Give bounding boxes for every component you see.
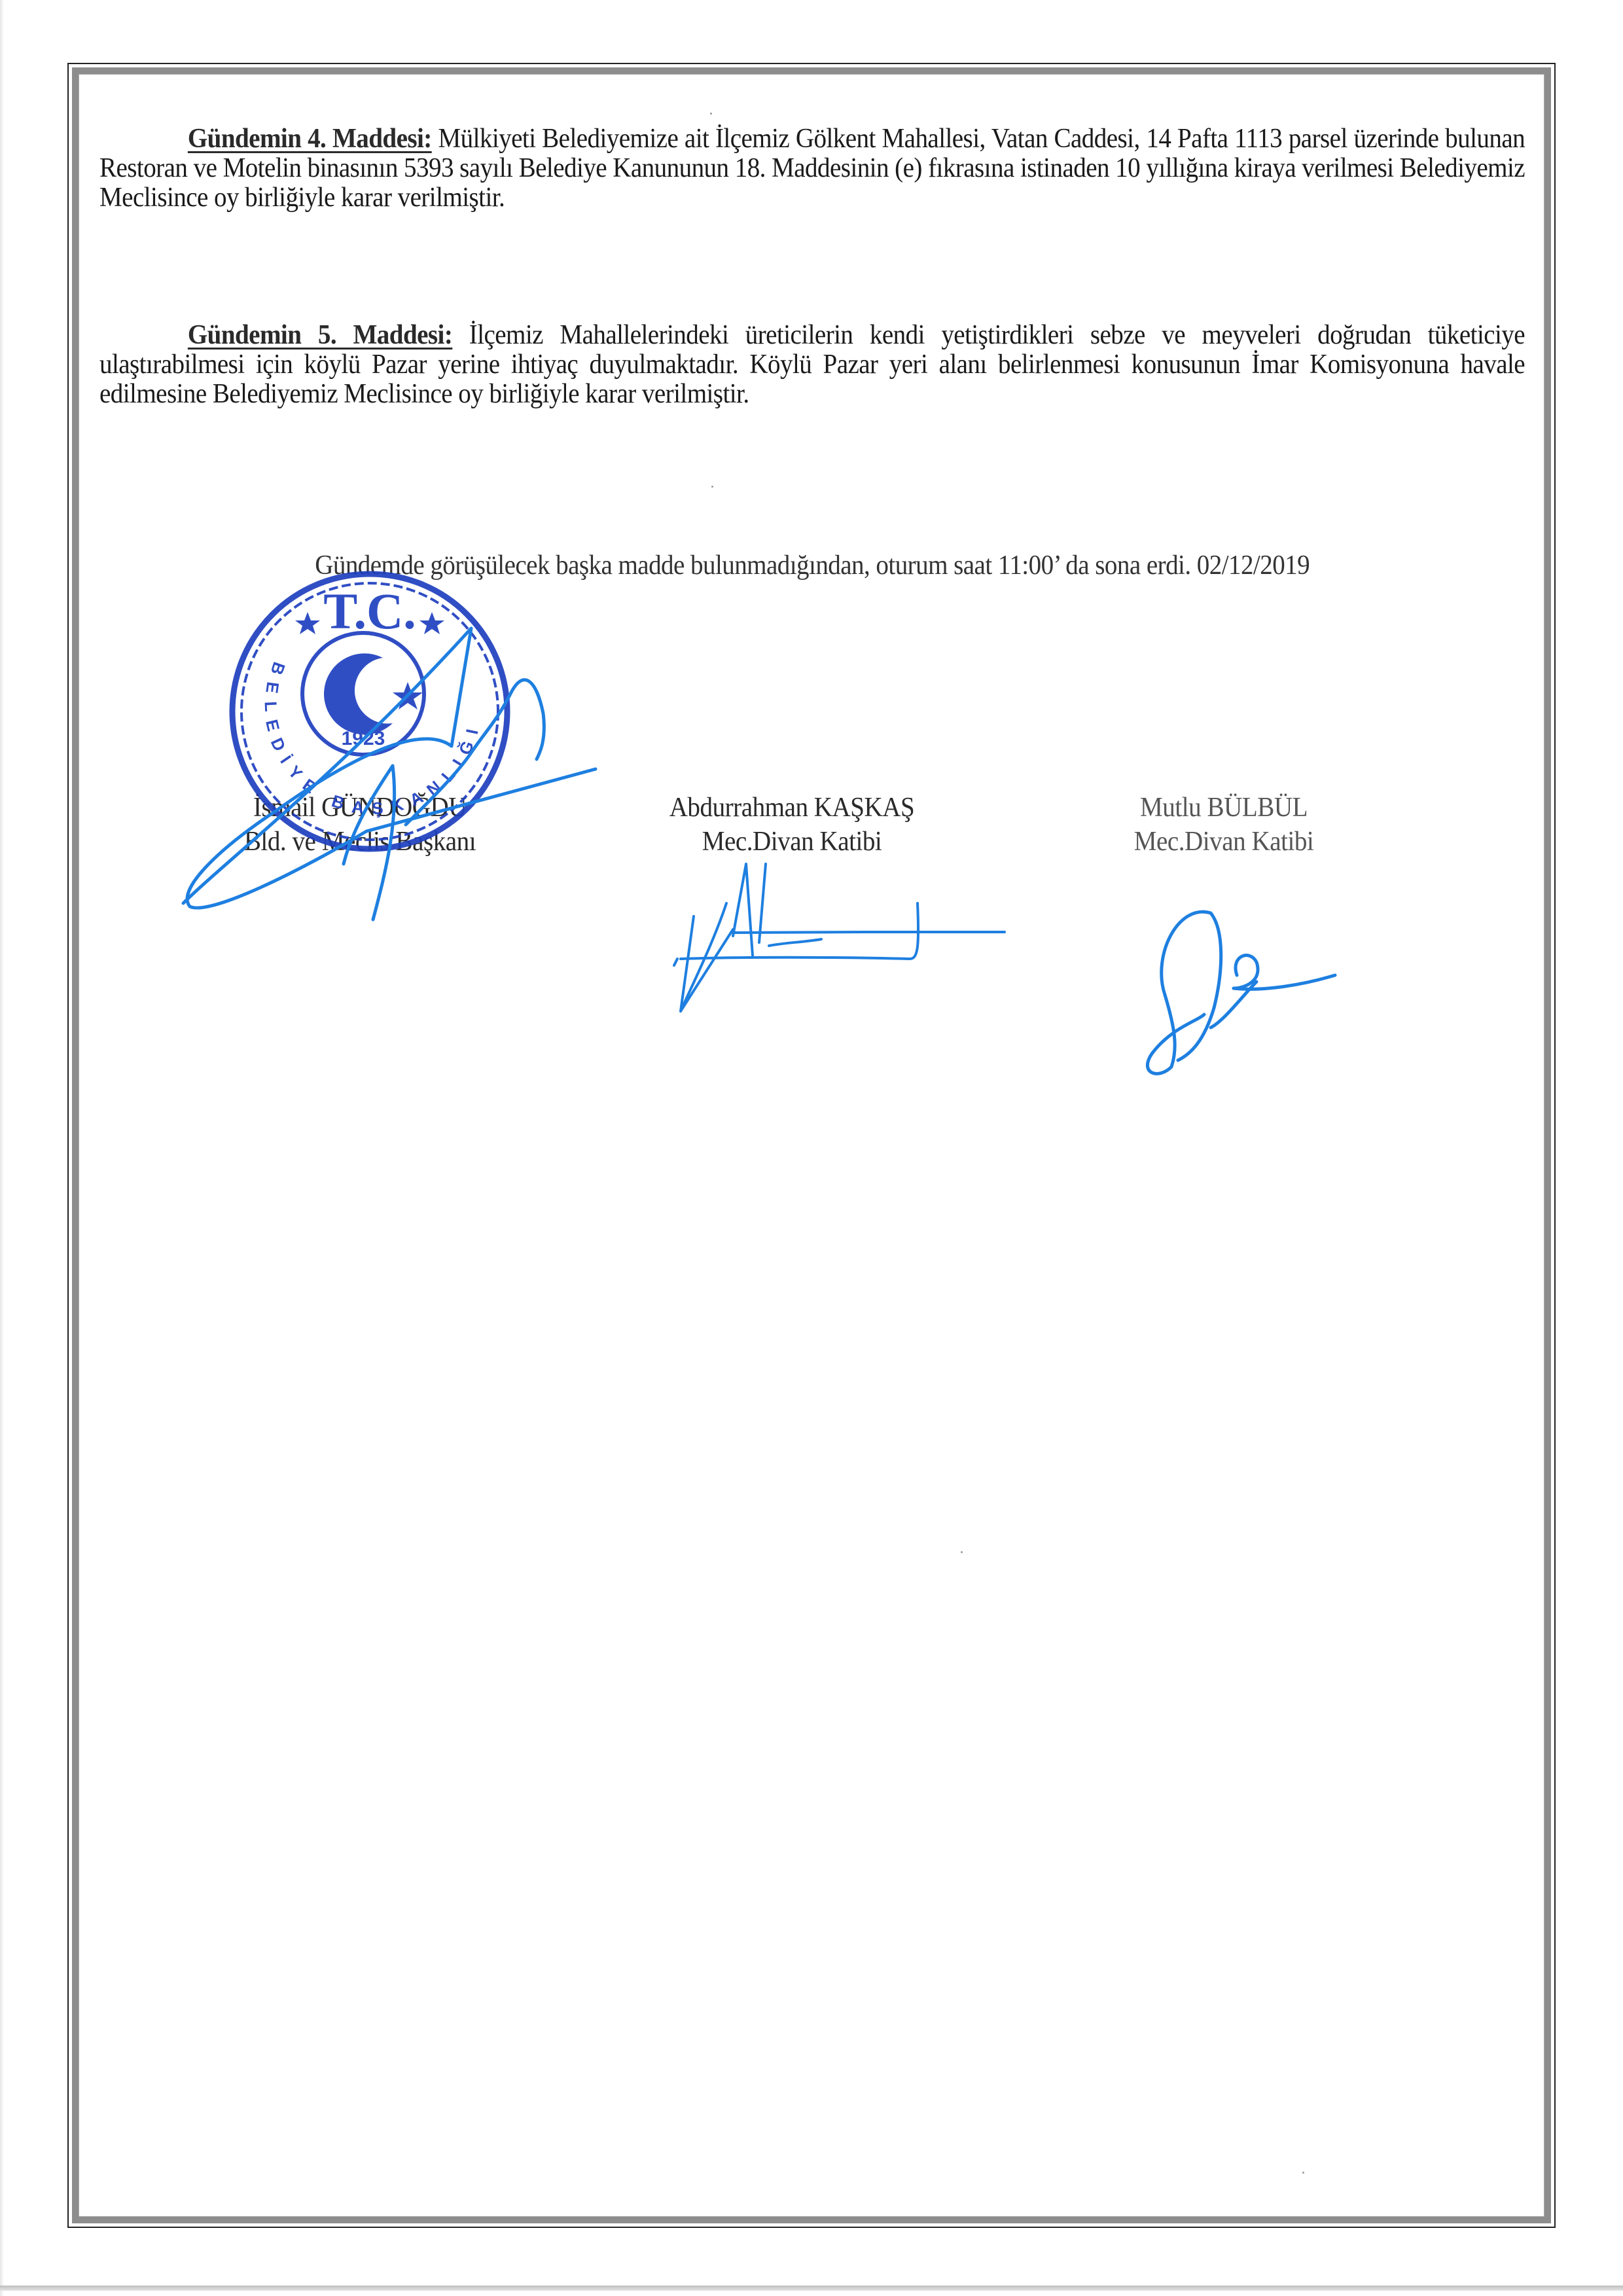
agenda-item-heading: Gündemin 5. Maddesi:: [188, 320, 452, 350]
signatory-chairman: İsmail GÜNDOĞDU Bld. ve Meclis Başkanı: [196, 791, 524, 859]
scan-edge-bottom: [0, 2286, 1623, 2291]
signatory-title: Mec.Divan Katibi: [1072, 825, 1376, 859]
scan-speck: [710, 113, 712, 115]
signatory-clerk-2: Mutlu BÜLBÜL Mec.Divan Katibi: [1060, 791, 1387, 859]
signatory-name: İsmail GÜNDOĞDU: [208, 791, 512, 825]
agenda-item-4: Gündemin 4. Maddesi: Mülkiyeti Belediyem…: [99, 124, 1525, 213]
scan-speck: [1302, 2172, 1304, 2174]
signatory-title: Mec.Divan Katibi: [640, 825, 944, 859]
scan-speck: [961, 1551, 963, 1553]
agenda-item-heading: Gündemin 4. Maddesi:: [188, 124, 432, 154]
scan-edge-left: [0, 0, 4, 2296]
signatory-name: Abdurrahman KAŞKAŞ: [640, 791, 944, 825]
signatory-name: Mutlu BÜLBÜL: [1072, 791, 1376, 825]
signatory-title: Bld. ve Meclis Başkanı: [208, 825, 512, 859]
signatory-clerk-1: Abdurrahman KAŞKAŞ Mec.Divan Katibi: [628, 791, 955, 859]
agenda-item-5: Gündemin 5. Maddesi: İlçemiz Mahalleleri…: [99, 321, 1525, 409]
scan-speck: [711, 486, 713, 488]
closing-statement: Gündemde görüşülecek başka madde bulunma…: [99, 550, 1525, 581]
